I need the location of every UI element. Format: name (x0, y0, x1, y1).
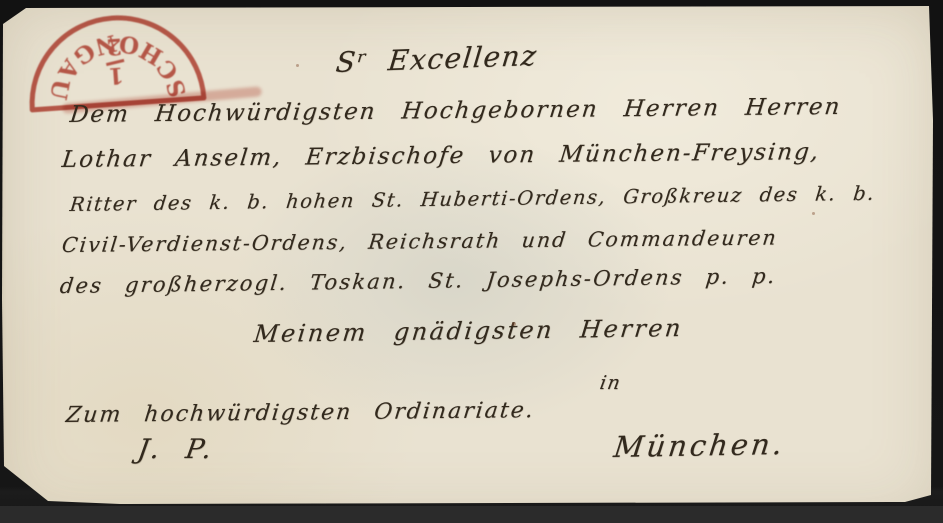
paper-speck (296, 64, 299, 67)
address-preposition: in (598, 372, 623, 394)
address-recipient-line-2: Lothar Anselm, Erzbischofe von München-F… (61, 139, 822, 173)
address-titles-line-2: Civil-Verdienst-Ordens, Reichsrath und C… (61, 225, 779, 257)
scanned-letter-photo: SCHONGAU 1 2 Sʳ Excellenz Dem Hochwürdig… (0, 0, 943, 523)
destination-city: München. (612, 427, 787, 464)
sender-initials: J. P. (136, 434, 218, 465)
scan-backing-strip (0, 506, 943, 523)
address-salutation: Sʳ Excellenz (334, 39, 539, 79)
letter-paper: SCHONGAU 1 2 Sʳ Excellenz Dem Hochwürdig… (0, 0, 943, 523)
address-titles-line-1: Ritter des k. b. hohen St. Huberti-Orden… (69, 182, 877, 216)
delivery-note-line: Zum hochwürdigsten Ordinariate. (65, 398, 537, 428)
address-titles-line-3: des großherzogl. Toskan. St. Josephs-Ord… (59, 264, 778, 298)
paper-speck (812, 212, 815, 215)
paper-speck (512, 322, 516, 326)
postmark-date-denominator: 2 (105, 33, 122, 60)
postmark-date-numerator: 1 (108, 61, 125, 88)
address-honorific-line: Meinem gnädigsten Herren (252, 314, 684, 348)
